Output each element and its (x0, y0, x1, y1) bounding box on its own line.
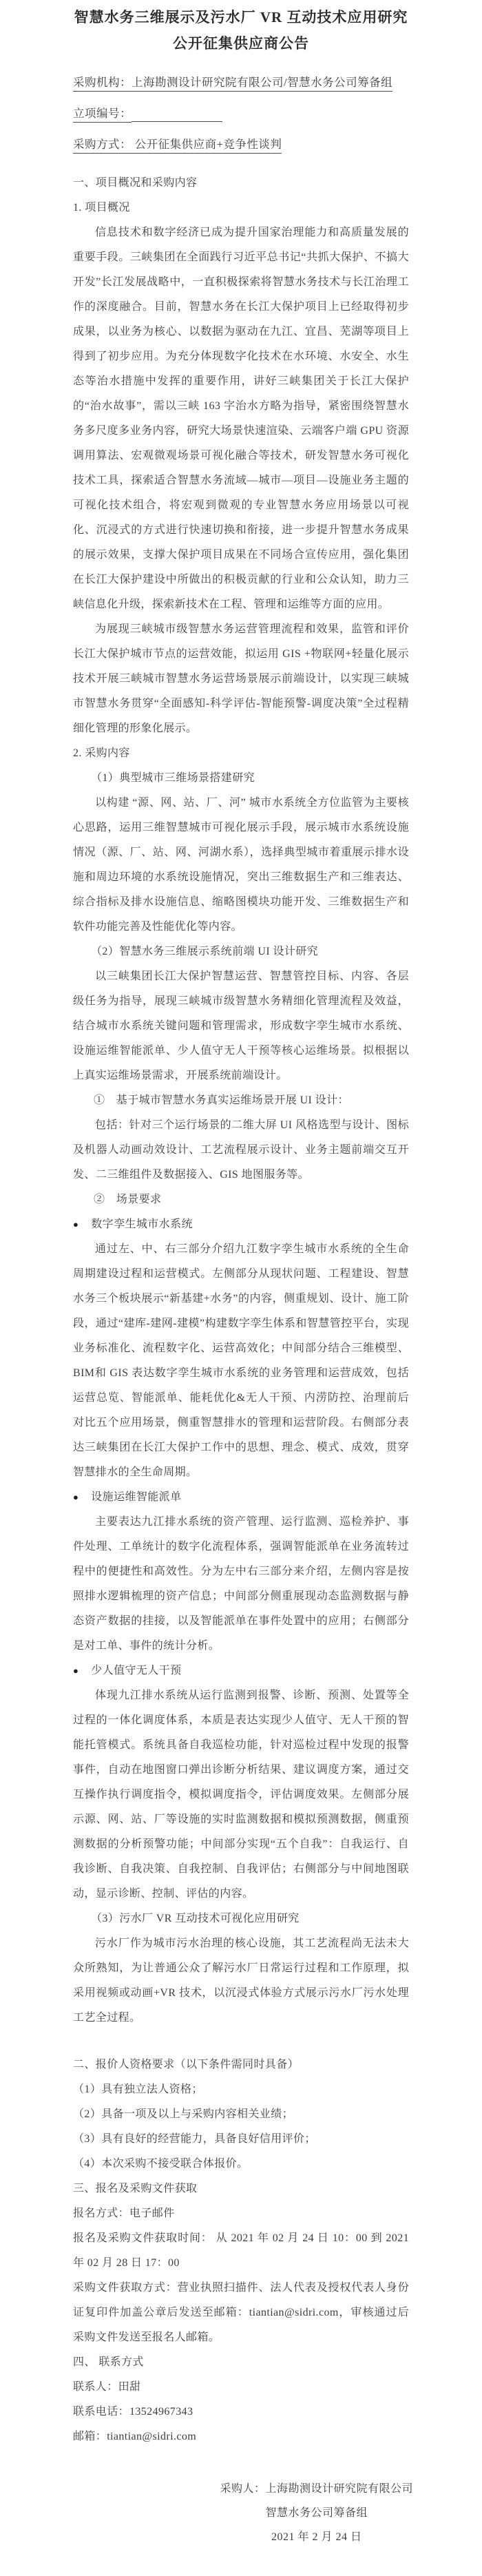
section-heading: 二、报价人资格要求（以下条件需同时具备） (73, 2053, 409, 2077)
bullet-label: 数字孪生城市水系统 (91, 1212, 193, 1237)
paragraph: 通过左、中、右三部分介绍九江数字孪生城市水系统的全生命周期建设过程和运营模式。左… (73, 1237, 409, 1485)
numbered-item: ① 基于城市智慧水务真实运维场景开展 UI 设计： (73, 1088, 409, 1113)
procurement-method-value: 公开征集供应商+竞争性谈判 (132, 138, 282, 151)
section-heading: 三、报名及采购文件获取 (73, 2177, 409, 2201)
bullet-item: ●数字孪生城市水系统 (73, 1212, 409, 1237)
list-item: 采购文件获取方式：营业执照扫描件、法人代表及授权代表人身份证复印件加盖公章后发送… (73, 2276, 409, 2350)
section-heading: 四、 联系方式 (73, 2350, 409, 2375)
bullet-label: 少人值守无人干预 (91, 1659, 181, 1683)
list-item: （2）具备一项及以上与采购内容相关业绩； (73, 2102, 409, 2127)
bullet-label: 设施运维智能派单 (91, 1485, 181, 1510)
paragraph: 包括：针对三个运行场景的二维大屏 UI 风格选型与设计、图标及机器人动画动效设计… (73, 1113, 409, 1187)
paragraph: 以三峡集团长江大保护智慧运营、智慧管控目标、内容、各层级任务为指导，展现三峡城市… (73, 964, 409, 1088)
sub-heading: （2）智慧水务三维展示系统前端 UI 设计研究 (73, 939, 409, 964)
purchaser-department-line: 智慧水务公司筹备组 (220, 2501, 413, 2525)
paragraph: 为展现三峡城市级智慧水务运营管理流程和效果，监管和评价长江大保护城市节点的运营效… (73, 617, 409, 741)
purchasing-agency-row: 采购机构：上海勘测设计研究院有限公司/智慧水务公司筹备组 (73, 74, 409, 91)
numbered-item: ② 场景要求 (73, 1187, 409, 1212)
bullet-item: ●设施运维智能派单 (73, 1485, 409, 1510)
sub-heading: （1）典型城市三维场景搭建研究 (73, 766, 409, 791)
section-heading: 2. 采购内容 (73, 741, 409, 766)
list-item: 联系人：田甜 (73, 2375, 409, 2400)
list-item: 报名及采购文件获取时间： 从 2021 年 02 月 24 日 10：00 到 … (73, 2226, 409, 2276)
document-body: 一、项目概况和采购内容1. 项目概况信息技术和数字经济已成为提升国家治理能力和高… (73, 171, 409, 2449)
list-item: 联系电话：13524967343 (73, 2400, 409, 2424)
bullet-item: ●少人值守无人干预 (73, 1659, 409, 1683)
procurement-method-label: 采购方式： (73, 138, 132, 151)
bullet-icon: ● (73, 1485, 78, 1510)
sub-heading: （3）污水厂 VR 互动技术可视化应用研究 (73, 1907, 409, 1931)
list-item: （1）具有独立法人资格； (73, 2077, 409, 2102)
document-date: 2021 年 2 月 24 日 (220, 2525, 413, 2549)
list-item: 邮箱：tiantian@sidri.com (73, 2424, 409, 2449)
list-item: 报名方式：电子邮件 (73, 2201, 409, 2226)
purchasing-agency-label: 采购机构： (73, 76, 132, 89)
paragraph: 体现九江排水系统从运行监测到报警、诊断、预测、处置等全过程的一体化调度体系，本质… (73, 1683, 409, 1907)
document-title-line1: 智慧水务三维展示及污水厂 VR 互动技术应用研究 (0, 4, 482, 30)
project-number-row: 立项编号： (73, 105, 409, 122)
document-title-line2: 公开征集供应商公告 (0, 30, 482, 56)
procurement-method-row: 采购方式： 公开征集供应商+竞争性谈判 (73, 136, 409, 153)
document-title: 智慧水务三维展示及污水厂 VR 互动技术应用研究 公开征集供应商公告 (0, 0, 482, 56)
paragraph: 主要表达九江排水系统的资产管理、运行监测、巡检养护、事件处理、工单统计的数字化流… (73, 1510, 409, 1659)
paragraph: 信息技术和数字经济已成为提升国家治理能力和高质量发展的重要手段。三峡集团在全面践… (73, 220, 409, 617)
project-number-label: 立项编号： (73, 107, 132, 123)
section-heading: 1. 项目概况 (73, 196, 409, 220)
paragraph: 污水厂作为城市污水治理的核心设施，其工艺流程尚无法未大众所熟知，为让普通公众了解… (73, 1931, 409, 2030)
document-header-fields: 采购机构：上海勘测设计研究院有限公司/智慧水务公司筹备组 立项编号： 采购方式：… (73, 74, 409, 153)
signature-block: 采购人：上海勘测设计研究院有限公司 智慧水务公司筹备组 2021 年 2 月 2… (220, 2477, 413, 2549)
list-item: （3）具有良好的经营能力，具备良好信用评价； (73, 2127, 409, 2152)
bullet-icon: ● (73, 1659, 78, 1683)
section-heading: 一、项目概况和采购内容 (73, 171, 409, 196)
purchaser-line: 采购人：上海勘测设计研究院有限公司 (220, 2477, 413, 2501)
paragraph: 以构建 “源、网、站、厂、河” 城市水系统全方位监管为主要核心思路，运用三维智慧… (73, 791, 409, 939)
list-item: （4）本次采购不接受联合体报价。 (73, 2152, 409, 2177)
announcement-document: 智慧水务三维展示及污水厂 VR 互动技术应用研究 公开征集供应商公告 采购机构：… (0, 0, 482, 2576)
project-number-value (132, 110, 222, 122)
bullet-icon: ● (73, 1212, 78, 1237)
purchasing-agency-value: 上海勘测设计研究院有限公司/智慧水务公司筹备组 (132, 76, 392, 89)
